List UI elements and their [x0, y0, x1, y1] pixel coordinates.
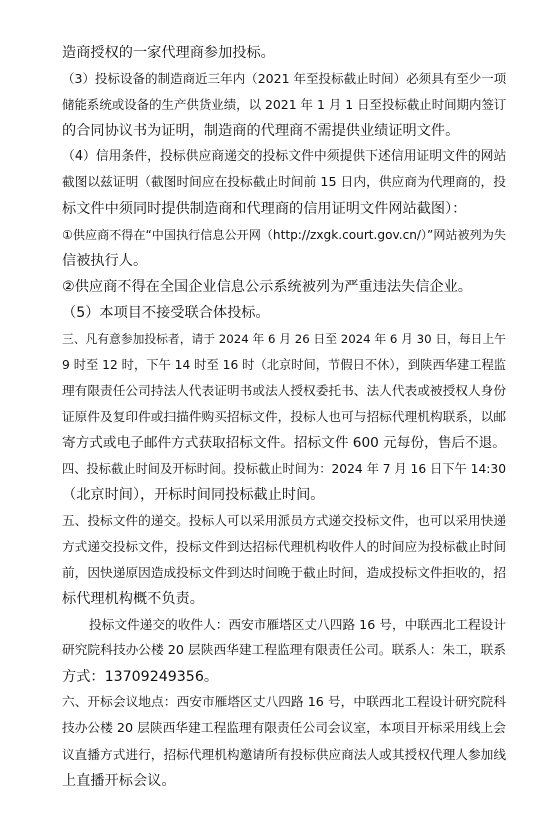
- text-line: 三、凡有意参加投标者，请于 2024 年 6 月 26 日至 2024 年 6 …: [62, 326, 506, 352]
- text-line: 四、投标截止时间及开标时间。投标截止时间为：2024 年 7 月 16 日下午 …: [62, 456, 506, 482]
- text-line: 理有限责任公司持法人代表证明书或法人授权委托书、法人代表或被授权人身份: [62, 378, 506, 404]
- text-line: 信被执行人。: [62, 248, 506, 274]
- text-line: 的合同协议书为证明，制造商的代理商不需提供业绩证明文件。: [62, 118, 506, 144]
- text-line: 储能系统或设备的生产供货业绩，以 2021 年 1 月 1 日至投标截止时间期内…: [62, 92, 506, 118]
- text-line: （3）投标设备的制造商近三年内（2021 年至投标截止时间）必须具有至少一项: [62, 66, 506, 92]
- text-line: 9 时至 12 时，下午 14 时至 16 时（北京时间，节假日不休），到陕西华…: [62, 352, 506, 378]
- text-line: 五、投标文件的递交。投标人可以采用派员方式递交投标文件，也可以采用快递: [62, 508, 506, 534]
- text-line: 议直播方式进行，招标代理机构邀请所有投标供应商法人或其授权代理人参加线: [62, 742, 506, 768]
- text-line: 前，因快递原因造成投标文件到达时间晚于截止时间，造成投标文件拒收的，招: [62, 560, 506, 586]
- text-line: 寄方式或电子邮件方式获取招标文件。招标文件 600 元每份，售后不退。: [62, 430, 506, 456]
- text-line: 研究院科技办公楼 20 层陕西华建工程监理有限责任公司。联系人：朱工，联系: [62, 638, 506, 664]
- text-line: （北京时间），开标时间同投标截止时间。: [62, 482, 506, 508]
- text-line: 技办公楼 20 层陕西华建工程监理有限责任公司会议室，本项目开标采用线上会: [62, 716, 506, 742]
- text-line: 标文件中须同时提供制造商和代理商的信用证明文件网站截图）：: [62, 196, 506, 222]
- text-line: ②供应商不得在全国企业信息公示系统被列为严重违法失信企业。: [62, 274, 506, 300]
- document-body: 造商授权的一家代理商参加投标。 （3）投标设备的制造商近三年内（2021 年至投…: [62, 40, 506, 794]
- text-line: （4）信用条件，投标供应商递交的投标文件中须提供下述信用证明文件的网站: [62, 144, 506, 170]
- text-line: ①供应商不得在“中国执行信息公开网（http://zxgk.court.gov.…: [62, 222, 506, 248]
- document-page: 造商授权的一家代理商参加投标。 （3）投标设备的制造商近三年内（2021 年至投…: [0, 0, 556, 831]
- text-line: 方式：13709249356。: [62, 664, 506, 690]
- text-line: 截图以兹证明（截图时间应在投标截止时间前 15 日内，供应商为代理商的，投: [62, 170, 506, 196]
- text-line: 投标文件递交的收件人：西安市雁塔区丈八四路 16 号，中联西北工程设计: [62, 612, 506, 638]
- text-line: 标代理机构概不负责。: [62, 586, 506, 612]
- text-line: 方式递交投标文件，投标文件到达招标代理机构收件人的时间应为投标截止时间: [62, 534, 506, 560]
- text-line: 六、开标会议地点：西安市雁塔区丈八四路 16 号，中联西北工程设计研究院科: [62, 690, 506, 716]
- text-line: （5）本项目不接受联合体投标。: [62, 300, 506, 326]
- text-line: 造商授权的一家代理商参加投标。: [62, 40, 506, 66]
- text-line: 上直播开标会议。: [62, 768, 506, 794]
- text-line: 证原件及复印件或扫描件购买招标文件，投标人也可与招标代理机构联系，以邮: [62, 404, 506, 430]
